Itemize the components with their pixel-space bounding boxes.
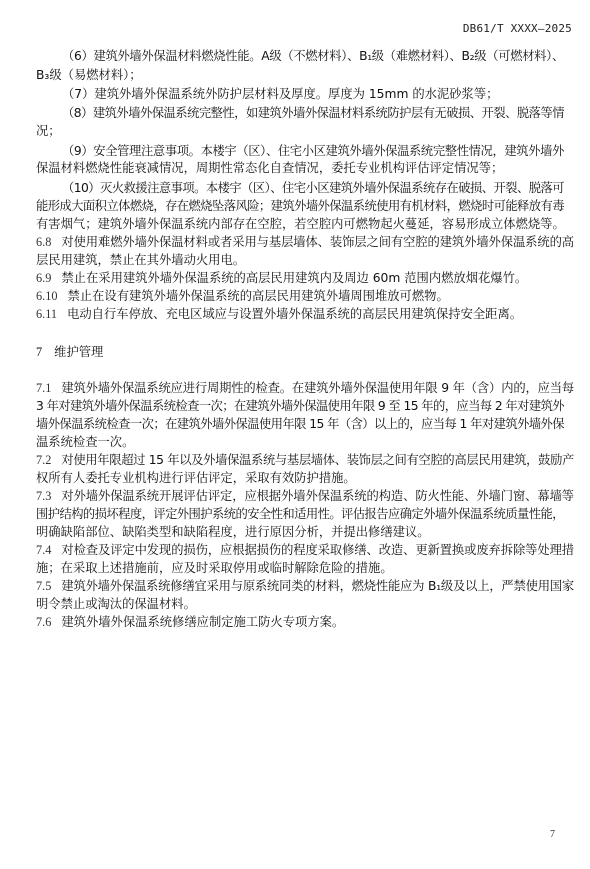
clause-number: 7.3 — [36, 488, 51, 504]
line-text: 3 年对建筑外墙外保温系统检查一次；在建筑外墙外保温使用年限 9 至 15 年的… — [36, 399, 564, 413]
line-text: （9）安全管理注意事项。本楼宇（区）、住宅小区建筑外墙外保温系统完整性情况，建筑… — [62, 144, 564, 158]
line-text: 建筑外墙外保温系统修缮宜采用与原系统同类的材料，燃烧性能应为 B₁级及以上，严禁… — [61, 579, 574, 593]
line-text: （7）建筑外墙外保温系统外防护层材料及厚度。厚度为 15mm 的水泥砂浆等； — [62, 87, 498, 101]
text-line: 围护结构的损坏程度，评定外围护系统的安全性和适用性。评估报告应确定外墙外保温系统… — [36, 506, 564, 522]
text-line: 权所有人委托专业机构进行评估评定，采取有效防护措施。 — [36, 470, 564, 486]
line-text: 权所有人委托专业机构进行评估评定，采取有效防护措施。 — [36, 471, 356, 485]
text-line: （7）建筑外墙外保温系统外防护层材料及厚度。厚度为 15mm 的水泥砂浆等； — [62, 86, 564, 102]
section-number: 7 — [36, 345, 42, 359]
clause-line: 7.5建筑外墙外保温系统修缮宜采用与原系统同类的材料，燃烧性能应为 B₁级及以上… — [36, 578, 564, 594]
line-text: 对使用年限超过 15 年以及外墙保温系统与基层墙体、装饰层之间有空腔的高层民用建… — [61, 453, 574, 467]
clause-number: 7.6 — [36, 614, 51, 630]
clause-number: 7.2 — [36, 452, 51, 468]
line-text: 明确缺陷部位、缺陷类型和缺陷程度，进行原因分析，并提出修缮建议。 — [36, 525, 430, 539]
line-text: 禁止在采用建筑外墙外保温系统的高层民用建筑内及周边 60m 范围内燃放烟花爆竹。 — [61, 271, 527, 285]
text-line: 层民用建筑，禁止在其外墙动火用电。 — [36, 252, 564, 268]
section-7-heading: 7维护管理 — [36, 342, 103, 360]
clause-line: 7.1建筑外墙外保温系统应进行周期性的检查。在建筑外墙外保温使用年限 9 年（含… — [36, 380, 564, 396]
line-text: 对使用难燃外墙外保温材料或者采用与基层墙体、装饰层之间有空腔的建筑外墙外保温系统… — [61, 235, 574, 249]
text-line: （9）安全管理注意事项。本楼宇（区）、住宅小区建筑外墙外保温系统完整性情况，建筑… — [62, 143, 564, 159]
line-text: 建筑外墙外保温系统修缮应制定施工防火专项方案。 — [61, 615, 344, 629]
line-text: （6）建筑外墙外保温材料燃烧性能。A级（不燃材料）、B₁级（难燃材料）、B₂级（… — [62, 49, 564, 63]
line-text: （8）建筑外墙外保温系统完整性，如建筑外墙外保温材料系统防护层有无破损、开裂、脱… — [62, 106, 564, 120]
text-line: 明令禁止或淘汰的保温材料。 — [36, 596, 564, 612]
text-line: 有害烟气；建筑外墙外保温系统内部存在空腔，若空腔内可燃物起火蔓延，容易形成立体燃… — [36, 216, 564, 232]
text-line: 3 年对建筑外墙外保温系统检查一次；在建筑外墙外保温使用年限 9 至 15 年的… — [36, 398, 564, 414]
clause-line: 6.10禁止在设有建筑外墙外保温系统的高层民用建筑外墙周围堆放可燃物。 — [36, 288, 564, 304]
text-line: 施；在采取上述措施前，应及时采取停用或临时解除危险的措施。 — [36, 560, 564, 576]
text-line: B₃级（易燃材料）； — [36, 67, 564, 83]
text-line: （6）建筑外墙外保温材料燃烧性能。A级（不燃材料）、B₁级（难燃材料）、B₂级（… — [62, 48, 564, 64]
clause-number: 6.8 — [36, 234, 51, 250]
text-line: （10）灭火救援注意事项。本楼宇（区）、住宅小区建筑外墙外保温系统存在破损、开裂… — [62, 180, 564, 196]
line-text: 有害烟气；建筑外墙外保温系统内部存在空腔，若空腔内可燃物起火蔓延，容易形成立体燃… — [36, 217, 565, 231]
line-text: 保温材料燃烧性能衰减情况，周期性常态化自查情况，委托专业机构评估评定情况等； — [36, 161, 503, 175]
clause-number: 6.11 — [36, 306, 57, 322]
text-line: 能形成大面积立体燃烧，存在燃烧坠落风险；建筑外墙外保温系统使用有机材料，燃烧时可… — [36, 198, 564, 214]
line-text: 能形成大面积立体燃烧，存在燃烧坠落风险；建筑外墙外保温系统使用有机材料，燃烧时可… — [36, 199, 564, 213]
text-line: 墙外保温系统检查一次；在建筑外墙外保温使用年限 15 年（含）以上的，应当每 1… — [36, 416, 564, 432]
line-text: B₃级（易燃材料）； — [36, 68, 142, 82]
text-line: 况； — [36, 123, 564, 139]
line-text: 禁止在设有建筑外墙外保温系统的高层民用建筑外墙周围堆放可燃物。 — [68, 289, 449, 303]
clause-number: 7.4 — [36, 542, 51, 558]
clause-number: 6.9 — [36, 270, 51, 286]
line-text: 温系统检查一次。 — [36, 435, 134, 449]
section-title: 维护管理 — [54, 345, 103, 359]
clause-line: 6.8对使用难燃外墙外保温材料或者采用与基层墙体、装饰层之间有空腔的建筑外墙外保… — [36, 234, 564, 250]
text-line: 温系统检查一次。 — [36, 434, 564, 450]
page-number: 7 — [550, 829, 555, 840]
line-text: 施；在采取上述措施前，应及时采取停用或临时解除危险的措施。 — [36, 561, 393, 575]
text-line: 保温材料燃烧性能衰减情况，周期性常态化自查情况，委托专业机构评估评定情况等； — [36, 160, 564, 176]
clause-line: 7.6建筑外墙外保温系统修缮应制定施工防火专项方案。 — [36, 614, 564, 630]
standard-code-header: DB61/T XXXX—2025 — [463, 22, 572, 35]
line-text: 况； — [36, 124, 61, 138]
clause-number: 6.10 — [36, 288, 58, 304]
clause-line: 7.4对检查及评定中发现的损伤，应根据损伤的程度采取修缮、改造、更新置换或废弃拆… — [36, 542, 564, 558]
line-text: （10）灭火救援注意事项。本楼宇（区）、住宅小区建筑外墙外保温系统存在破损、开裂… — [62, 181, 564, 195]
clause-line: 7.2对使用年限超过 15 年以及外墙保温系统与基层墙体、装饰层之间有空腔的高层… — [36, 452, 564, 468]
line-text: 对检查及评定中发现的损伤，应根据损伤的程度采取修缮、改造、更新置换或废弃拆除等处… — [61, 543, 574, 557]
text-line: 明确缺陷部位、缺陷类型和缺陷程度，进行原因分析，并提出修缮建议。 — [36, 524, 564, 540]
clause-number: 7.1 — [36, 380, 51, 396]
clause-line: 6.9禁止在采用建筑外墙外保温系统的高层民用建筑内及周边 60m 范围内燃放烟花… — [36, 270, 564, 286]
line-text: 明令禁止或淘汰的保温材料。 — [36, 597, 196, 611]
line-text: 对外墙外保温系统开展评估评定，应根据外墙外保温系统的构造、防火性能、外墙门窗、幕… — [61, 489, 574, 503]
line-text: 电动自行车停放、充电区域应与设置外墙外保温系统的高层民用建筑保持安全距离。 — [67, 307, 522, 321]
clause-line: 7.3对外墙外保温系统开展评估评定，应根据外墙外保温系统的构造、防火性能、外墙门… — [36, 488, 564, 504]
clause-number: 7.5 — [36, 578, 51, 594]
text-line: （8）建筑外墙外保温系统完整性，如建筑外墙外保温材料系统防护层有无破损、开裂、脱… — [62, 105, 564, 121]
line-text: 墙外保温系统检查一次；在建筑外墙外保温使用年限 15 年（含）以上的，应当每 1… — [36, 417, 564, 431]
line-text: 围护结构的损坏程度，评定外围护系统的安全性和适用性。评估报告应确定外墙外保温系统… — [36, 507, 564, 521]
clause-line: 6.11电动自行车停放、充电区域应与设置外墙外保温系统的高层民用建筑保持安全距离… — [36, 306, 564, 322]
line-text: 层民用建筑，禁止在其外墙动火用电。 — [36, 253, 245, 267]
line-text: 建筑外墙外保温系统应进行周期性的检查。在建筑外墙外保温使用年限 9 年（含）内的… — [61, 381, 574, 395]
